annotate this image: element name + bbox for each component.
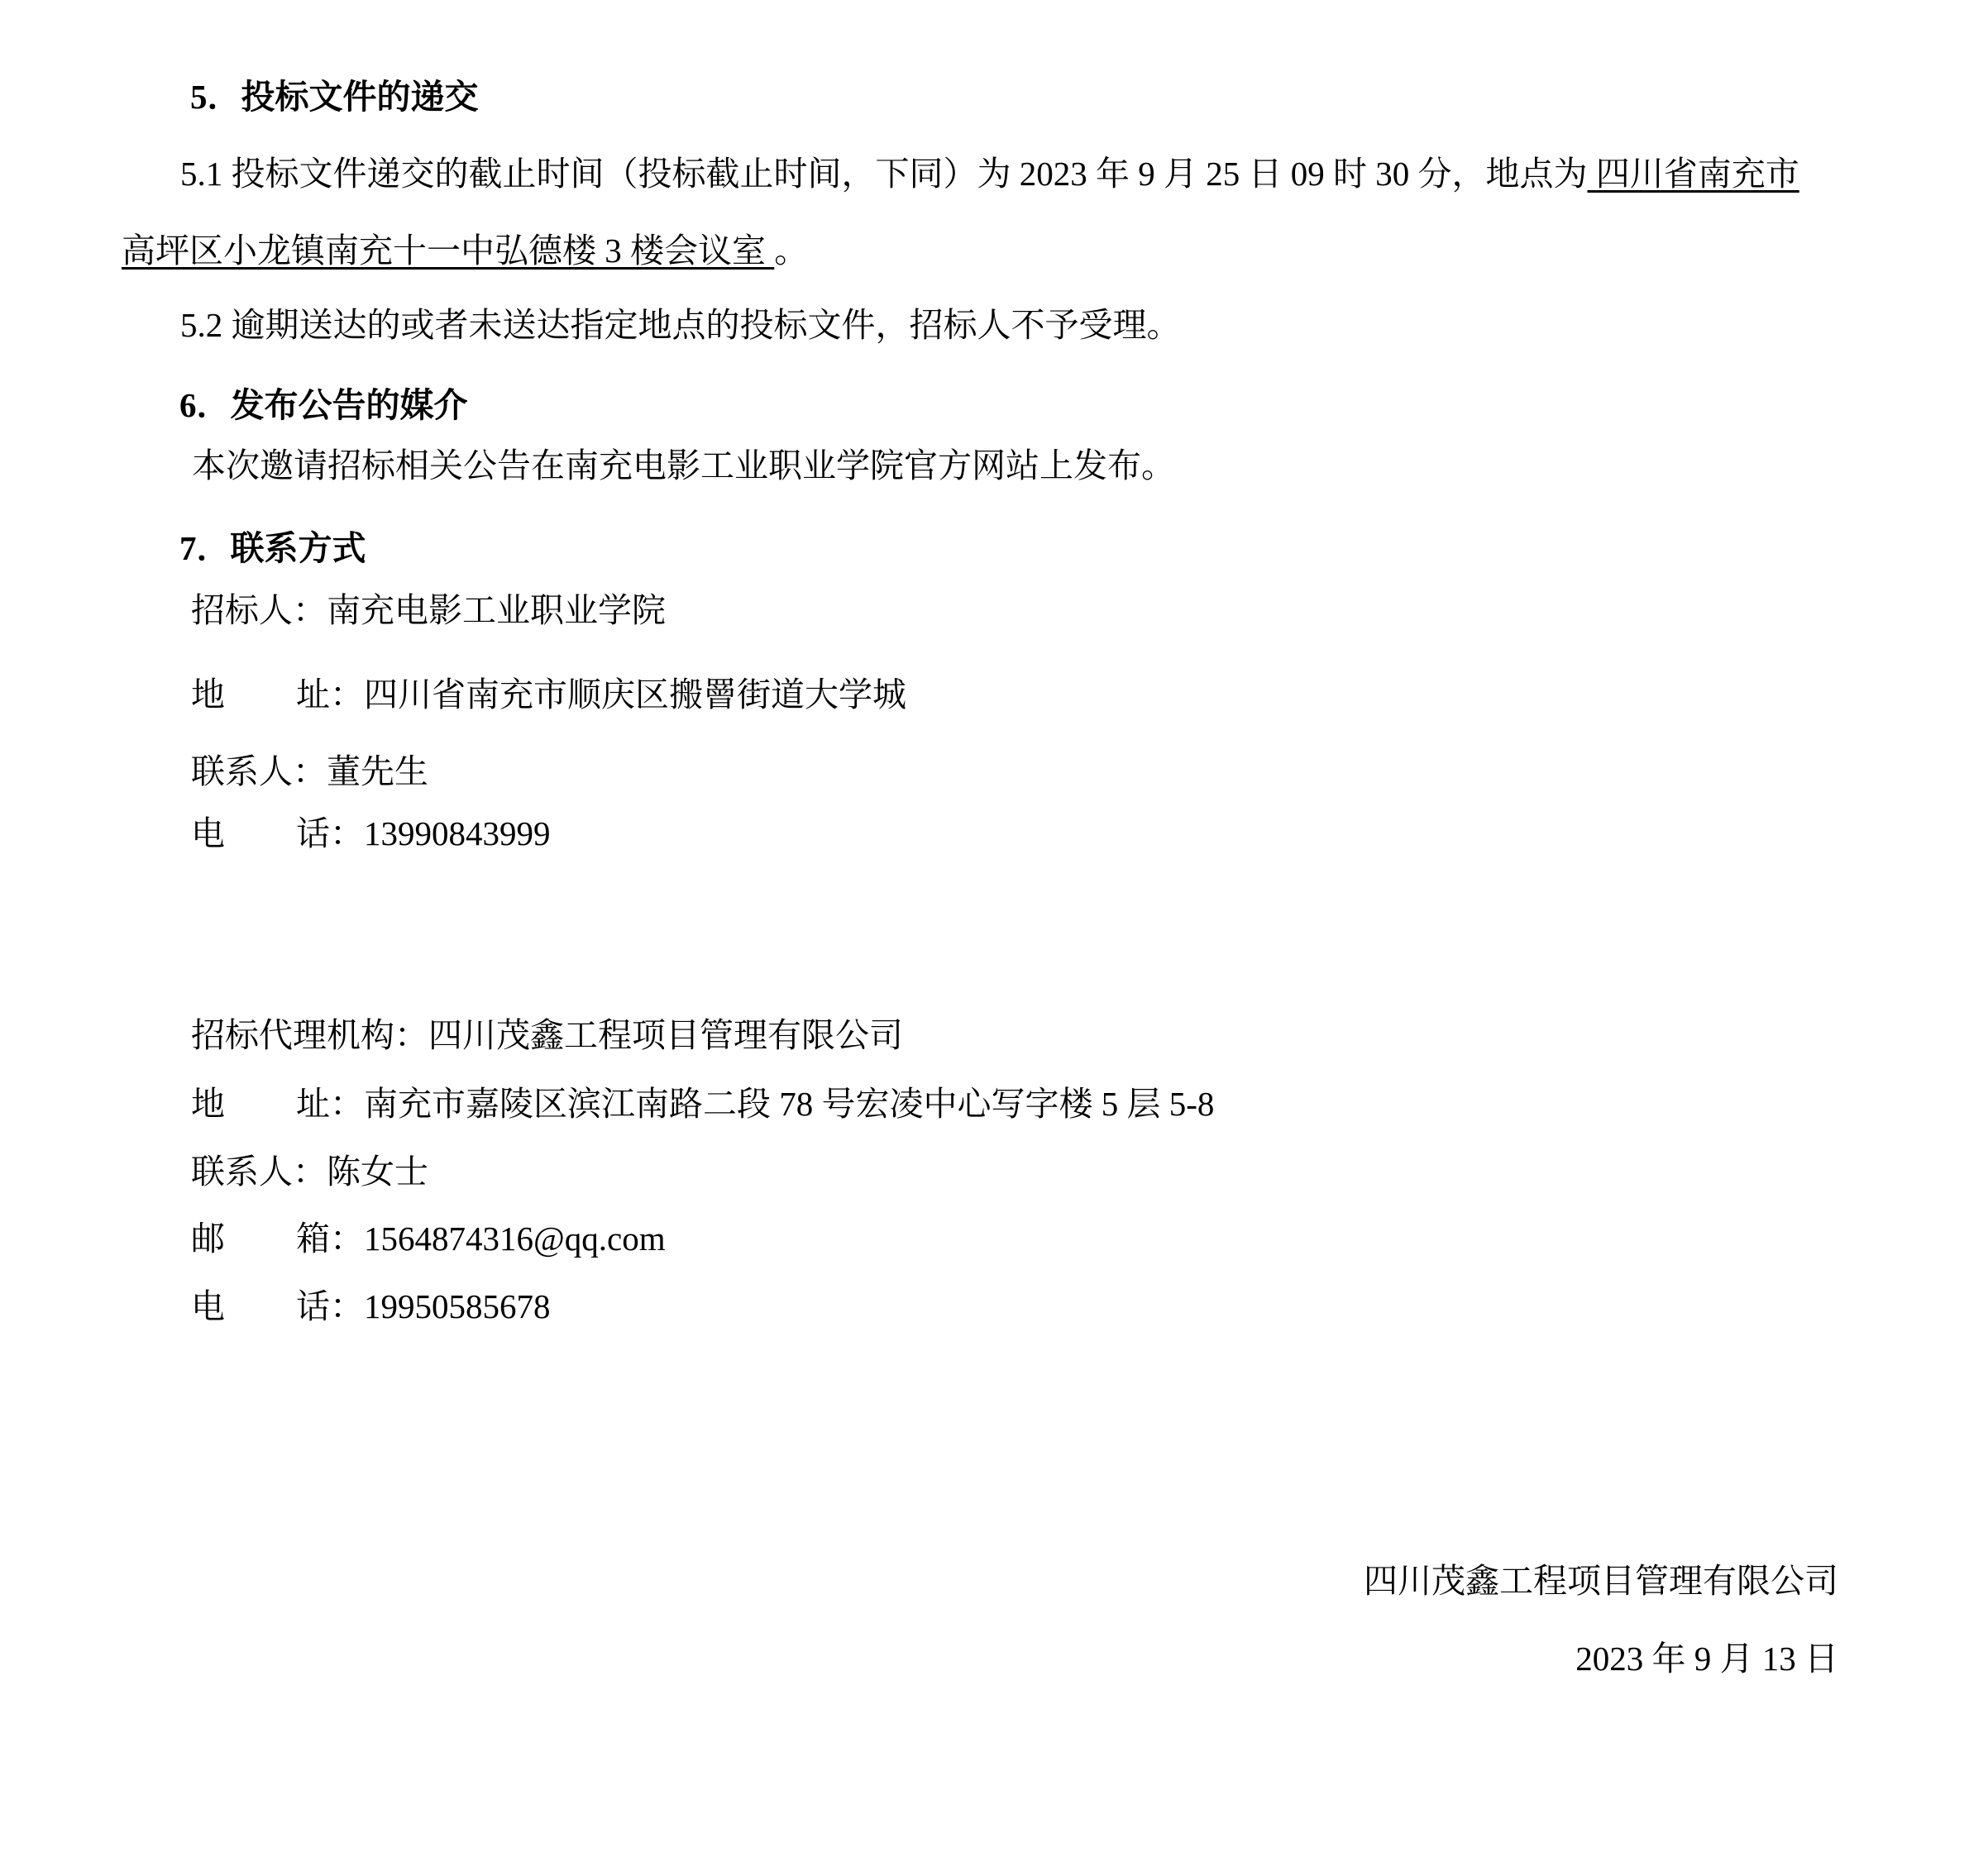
tenderer-name-row: 招标人：南充电影工业职业学院 <box>191 590 666 631</box>
location-underlined-part1: 四川省南充市 <box>1588 155 1799 193</box>
section-5-heading: 5．投标文件的递交 <box>190 76 479 117</box>
phone-label-char1: 电 <box>191 1287 225 1325</box>
agency-phone-row: 电话：19950585678 <box>191 1286 551 1327</box>
contact-label: 联系人： <box>191 752 327 790</box>
tenderer-contact-value: 董先生 <box>327 752 428 790</box>
phone-label-char1: 电 <box>191 814 225 852</box>
agency-address-row: 地址：南充市嘉陵区滨江南路二段 78 号宏凌中心写字楼 5 层 5-8 <box>191 1083 1214 1124</box>
section-7-heading: 7．联系方式 <box>179 527 366 569</box>
address-label-char2: 址： <box>296 1085 364 1123</box>
period: 。 <box>774 232 808 270</box>
tenderer-address-row: 地址：四川省南充市顺庆区搬罾街道大学城 <box>191 674 906 715</box>
section-5-1-paragraph-line1: 5.1 投标文件递交的截止时间（投标截止时间，下同）为 2023 年 9 月 2… <box>180 153 1799 194</box>
agency-name-row: 招标代理机构：四川茂鑫工程项目管理有限公司 <box>191 1014 903 1056</box>
tenderer-label: 招标人： <box>191 591 327 629</box>
agency-contact-row: 联系人：陈女士 <box>191 1151 428 1192</box>
section-5-1-paragraph-line2: 高坪区小龙镇南充十一中弘德楼 3 楼会议室 。 <box>122 230 808 271</box>
address-label-char1: 地 <box>191 1085 225 1123</box>
agency-contact-value: 陈女士 <box>327 1153 428 1191</box>
tenderer-contact-row: 联系人：董先生 <box>191 751 428 792</box>
signature-company: 四川茂鑫工程项目管理有限公司 <box>1364 1560 1838 1602</box>
contact-label: 联系人： <box>191 1153 327 1191</box>
phone-label-char2: 话： <box>296 814 364 852</box>
tenderer-phone-value: 13990843999 <box>364 814 551 852</box>
address-label-char2: 址： <box>296 675 364 714</box>
section-6-body: 本次邀请招标相关公告在南充电影工业职业学院官方网站上发布。 <box>192 445 1175 486</box>
email-label-char2: 箱： <box>296 1220 364 1258</box>
address-label-char1: 地 <box>191 675 225 714</box>
email-label-char1: 邮 <box>191 1220 225 1258</box>
agency-email-value: 1564874316@qq.com <box>364 1220 666 1258</box>
deadline-text: 5.1 投标文件递交的截止时间（投标截止时间，下同）为 2023 年 9 月 2… <box>180 155 1588 193</box>
signature-date: 2023 年 9 月 13 日 <box>1575 1638 1838 1679</box>
section-6-heading: 6．发布公告的媒介 <box>179 384 468 426</box>
tenderer-value: 南充电影工业职业学院 <box>327 591 666 629</box>
tenderer-phone-row: 电话：13990843999 <box>191 813 551 854</box>
agency-email-row: 邮箱：1564874316@qq.com <box>191 1218 666 1259</box>
agency-label: 招标代理机构： <box>191 1016 428 1054</box>
location-underlined-part2: 高坪区小龙镇南充十一中弘德楼 3 楼会议室 <box>122 232 774 270</box>
agency-phone-value: 19950585678 <box>364 1287 551 1325</box>
section-5-2-paragraph: 5.2 逾期送达的或者未送达指定地点的投标文件，招标人不予受理。 <box>180 304 1181 346</box>
agency-address-value: 南充市嘉陵区滨江南路二段 78 号宏凌中心写字楼 5 层 5-8 <box>364 1085 1214 1123</box>
tenderer-address-value: 四川省南充市顺庆区搬罾街道大学城 <box>364 675 906 714</box>
agency-value: 四川茂鑫工程项目管理有限公司 <box>428 1016 903 1054</box>
phone-label-char2: 话： <box>296 1287 364 1325</box>
